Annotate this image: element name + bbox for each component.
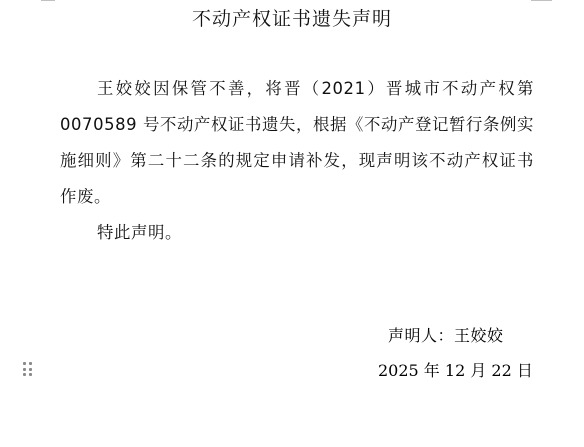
drag-handle-icon[interactable] — [23, 362, 33, 376]
body-paragraph-statement: 王姣姣因保管不善，将晋（2021）晋城市不动产权第0070589 号不动产权证书… — [60, 71, 534, 215]
date-line: 2025 年 12 月 22 日 — [378, 357, 533, 385]
drag-dot — [23, 362, 26, 365]
page-corner-mark-left — [41, 0, 55, 1]
page-corner-mark-right — [531, 0, 552, 1]
drag-dot — [29, 373, 32, 376]
drag-dot — [23, 368, 26, 371]
drag-dot — [29, 362, 32, 365]
document-title: 不动产权证书遗失声明 — [0, 6, 584, 32]
drag-dot — [23, 373, 26, 376]
document-body: 王姣姣因保管不善，将晋（2021）晋城市不动产权第0070589 号不动产权证书… — [60, 71, 534, 251]
drag-dot — [29, 368, 32, 371]
signature-line: 声明人：王姣姣 — [388, 322, 504, 350]
body-paragraph-closing: 特此声明。 — [60, 215, 534, 251]
